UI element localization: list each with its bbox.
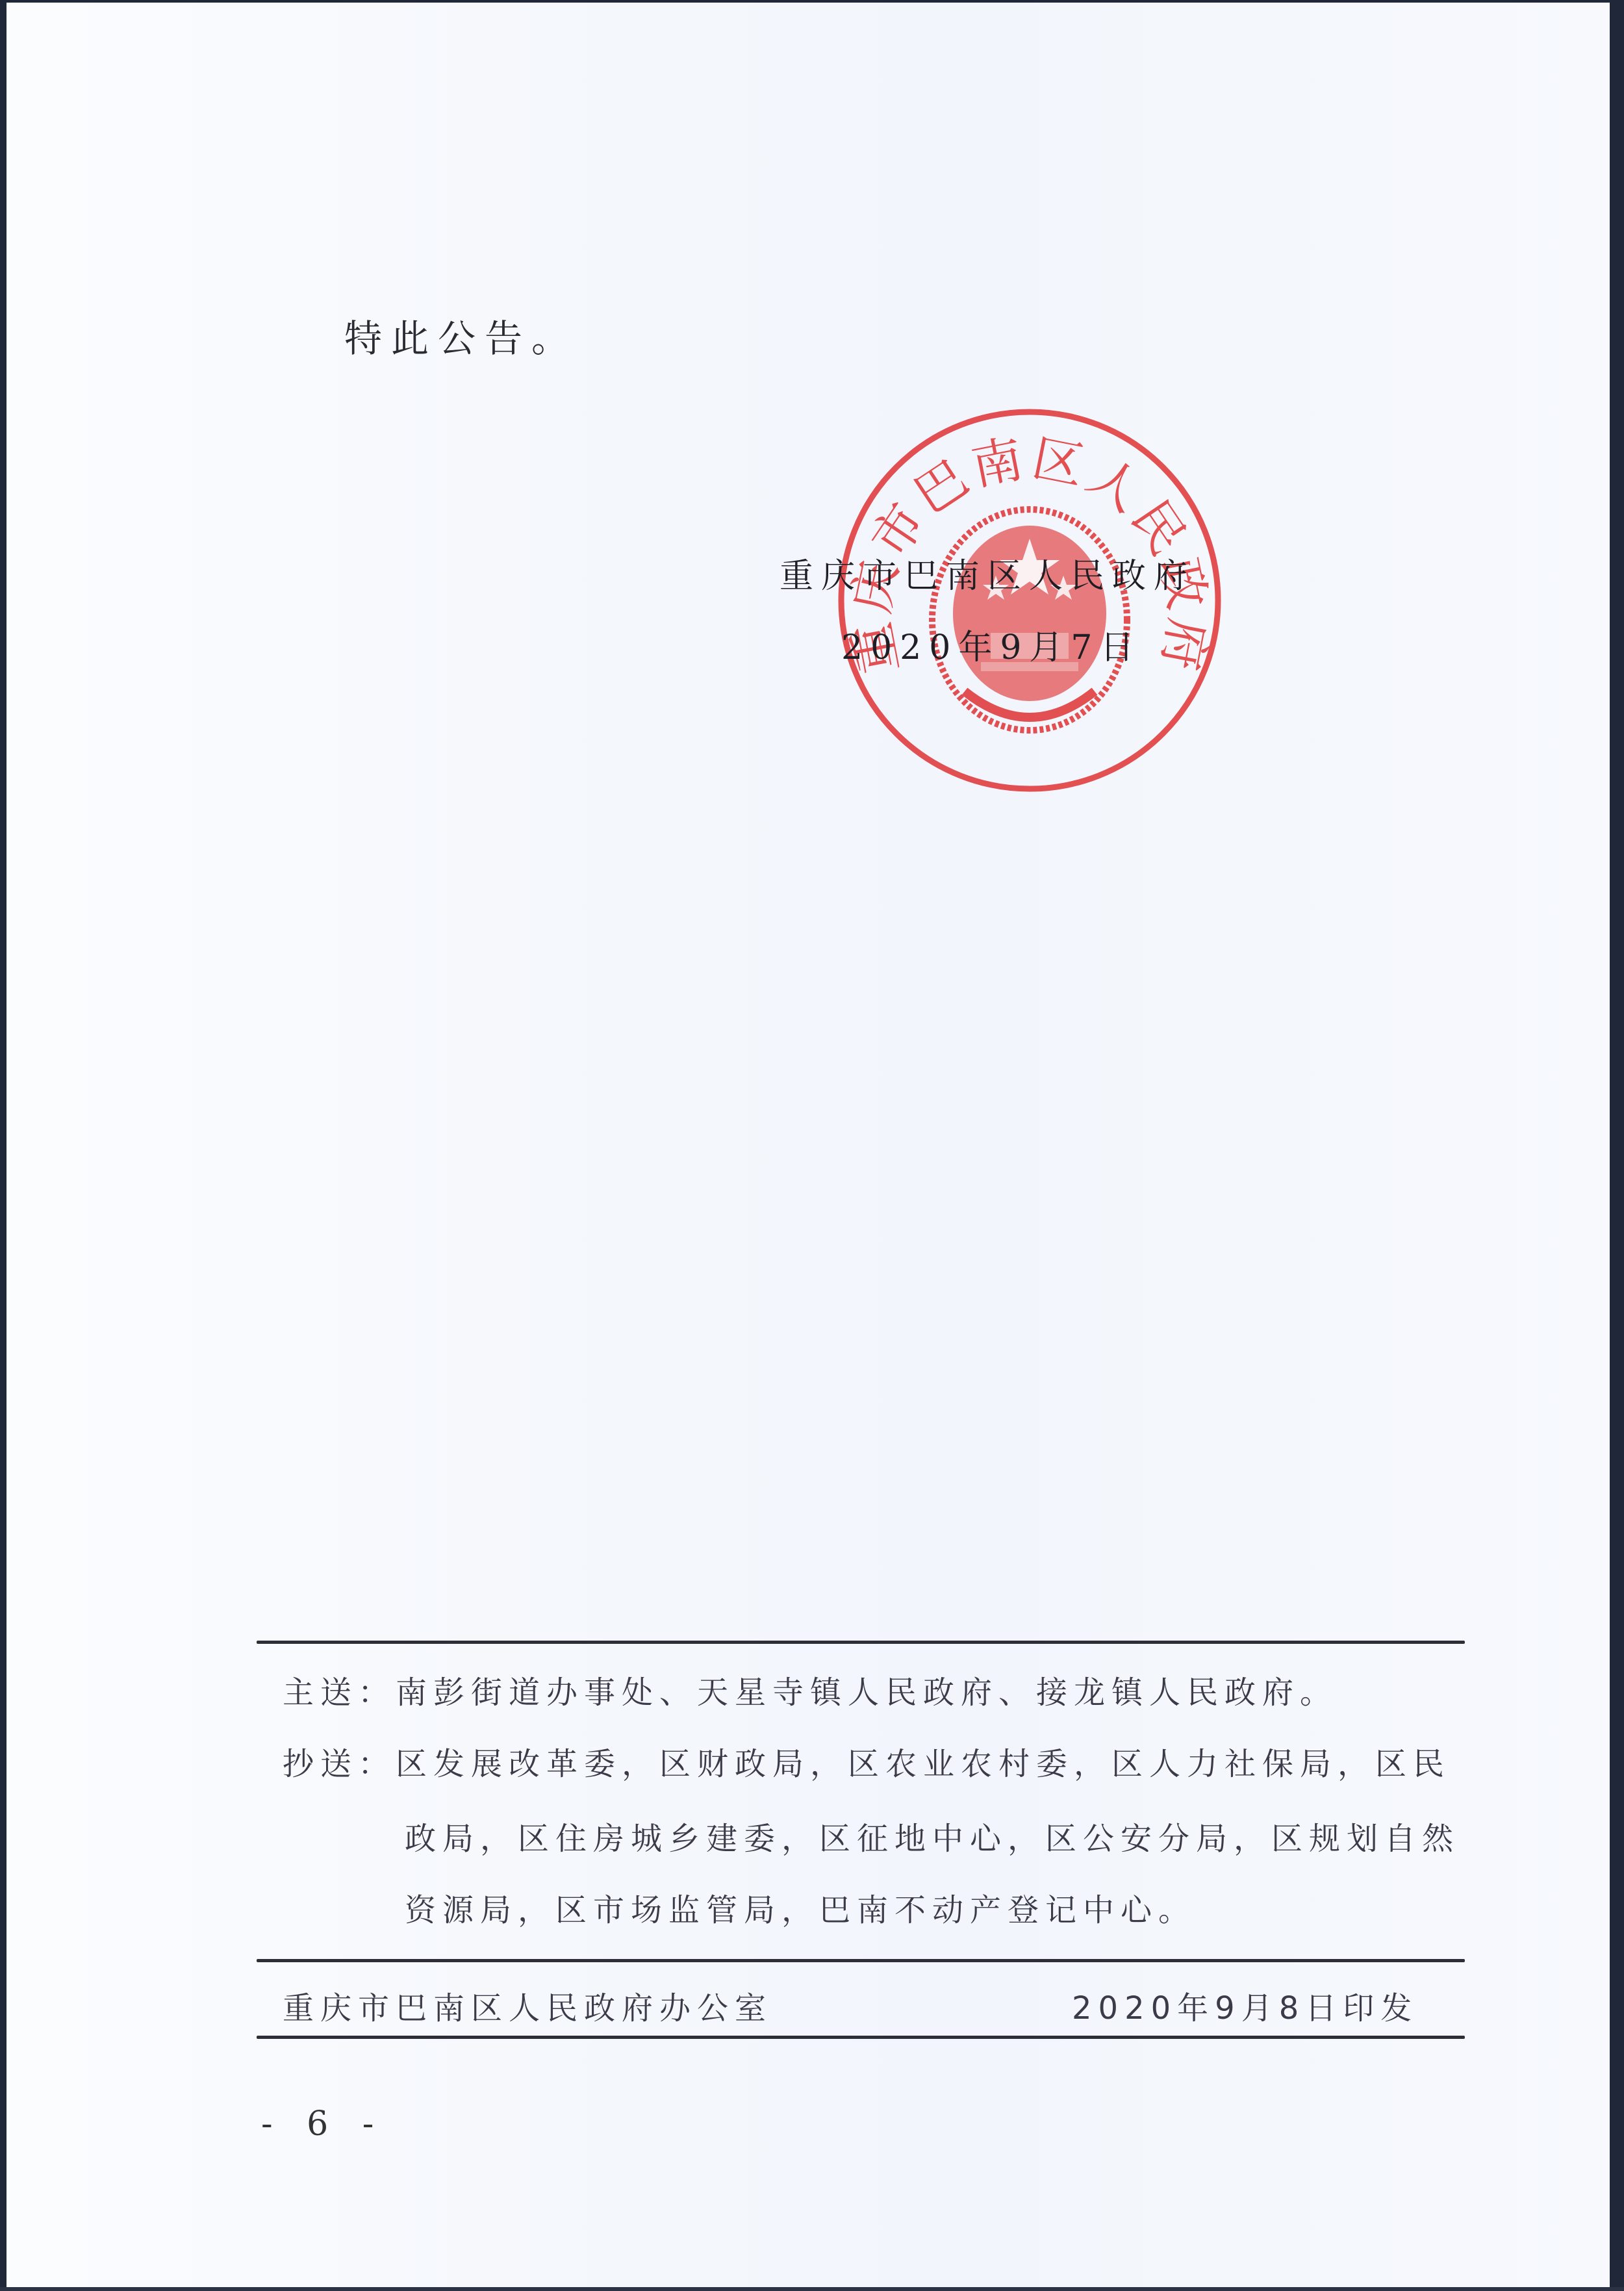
cc-row: 抄送：区发展改革委，区财政局，区农业农村委，区人力社保局，区民: [283, 1739, 1451, 1784]
closing-statement: 特此公告。: [344, 308, 578, 363]
scan-edge: [0, 2287, 1624, 2291]
cc-line: 区发展改革委，区财政局，区农业农村委，区人力社保局，区民: [396, 1746, 1451, 1782]
document-page: 特此公告。 重庆市巴南区人民政府 重庆市巴南区人民政府 2020年9月7日 主送…: [6, 3, 1610, 2287]
main-recipients-label: 主送：: [283, 1674, 396, 1711]
divider-middle: [257, 1959, 1465, 1962]
issuer-signature: 重庆市巴南区人民政府: [780, 548, 1195, 597]
cc-line: 政局，区住房城乡建委，区征地中心，区公安分局，区规划自然: [405, 1813, 1460, 1858]
divider-bottom: [257, 2036, 1465, 2039]
issue-date: 2020年9月7日: [841, 620, 1142, 669]
print-date: 2020年9月8日印发: [1072, 1983, 1418, 2028]
cc-label: 抄送：: [283, 1746, 396, 1782]
divider-top: [257, 1641, 1465, 1644]
main-recipients-row: 主送：南彭街道办事处、天星寺镇人民政府、接龙镇人民政府。: [283, 1667, 1338, 1712]
cc-line: 资源局，区市场监管局，巴南不动产登记中心。: [405, 1885, 1196, 1930]
issuing-office: 重庆市巴南区人民政府办公室: [283, 1983, 772, 2028]
page-number: - 6 -: [261, 2105, 385, 2144]
main-recipients-list: 南彭街道办事处、天星寺镇人民政府、接龙镇人民政府。: [396, 1674, 1338, 1711]
official-seal-icon: 重庆市巴南区人民政府: [835, 405, 1224, 795]
